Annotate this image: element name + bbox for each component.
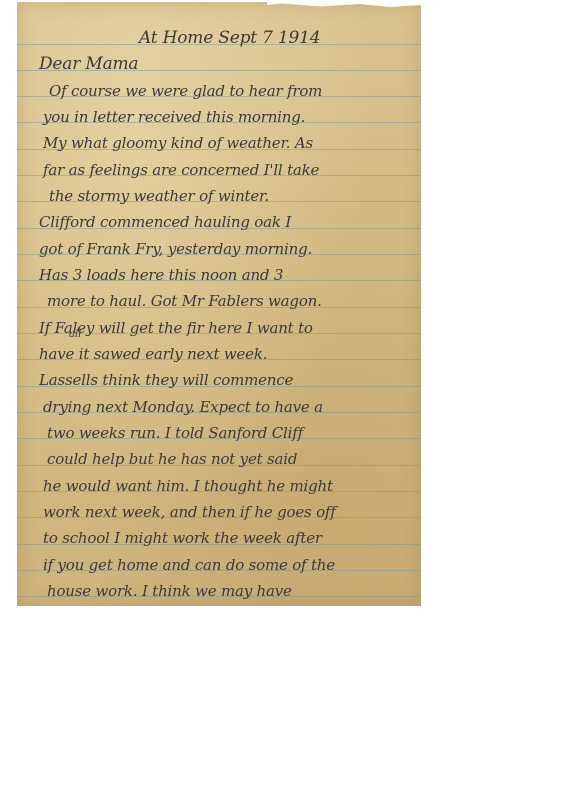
body-line-text: more to haul. Got Mr Fablers wagon. [47,292,322,310]
body-line: two weeks run. I told Sanford Cliff [17,418,421,444]
body-line: you in letter received this morning. [17,102,421,128]
body-line: Clifford commenced hauling oak I [17,207,421,233]
body-line-text: two weeks run. I told Sanford Cliff [47,424,303,442]
body-line: have it sawed early next week. [17,339,421,365]
body-line-text: to school I might work the week after [43,529,322,547]
letter-header: At Home Sept 7 1914 [17,24,421,50]
body-line-text: got of Frank Fry, yesterday morning. [39,240,312,258]
header-text: At Home Sept 7 1914 [139,28,320,48]
salutation-text: Dear Mama [39,54,138,74]
body-line: work next week, and then if he goes off [17,497,421,523]
body-line: if you get home and can do some of the [17,550,421,576]
body-line-text: My what gloomy kind of weather. As [43,134,313,152]
letter-page: At Home Sept 7 1914 Dear Mama Of course … [17,2,421,606]
body-line: house work. I think we may have [17,576,421,602]
body-line: Has 3 loads here this noon and 3 [17,260,421,286]
body-line-text: Clifford commenced hauling oak I [39,213,291,231]
body-line-text: he would want him. I thought he might [43,477,333,495]
body-line: he would want him. I thought he might [17,471,421,497]
body-line: to school I might work the week after [17,523,421,549]
body-line: the stormy weather of winter. [17,181,421,207]
body-line-text: work next week, and then if he goes off [43,503,336,521]
body-line: Lassells think they will commence [17,365,421,391]
body-line-text: Lassells think they will commence [39,371,293,389]
body-line-text: could help but he has not yet said [47,450,297,468]
body-line-text: far as feelings are concerned I'll take [43,161,319,179]
body-line: My what gloomy kind of weather. As [17,128,421,154]
body-line-text: Of course we were glad to hear from [49,82,322,100]
body-line-text: you in letter received this morning. [43,108,305,126]
body-line-text: house work. I think we may have [47,582,292,600]
torn-edge [267,2,421,7]
body-line-text: the stormy weather of winter. [49,187,269,205]
body-line: more to haul. Got Mr Fablers wagon. [17,286,421,312]
body-line: got of Frank Fry, yesterday morning. [17,234,421,260]
body-line-text: if you get home and can do some of the [43,556,335,574]
body-line: could help but he has not yet said [17,444,421,470]
body-line: far as feelings are concerned I'll take [17,155,421,181]
body-line: Of course we were glad to hear from [17,76,421,102]
salutation: Dear Mama [17,50,421,76]
body-line-text: have it sawed early next week. [39,345,267,363]
body-line-text: drying next Monday. Expect to have a [43,398,323,416]
body-line: drying next Monday. Expect to have a [17,392,421,418]
body-line-text: Has 3 loads here this noon and 3 [39,266,283,284]
